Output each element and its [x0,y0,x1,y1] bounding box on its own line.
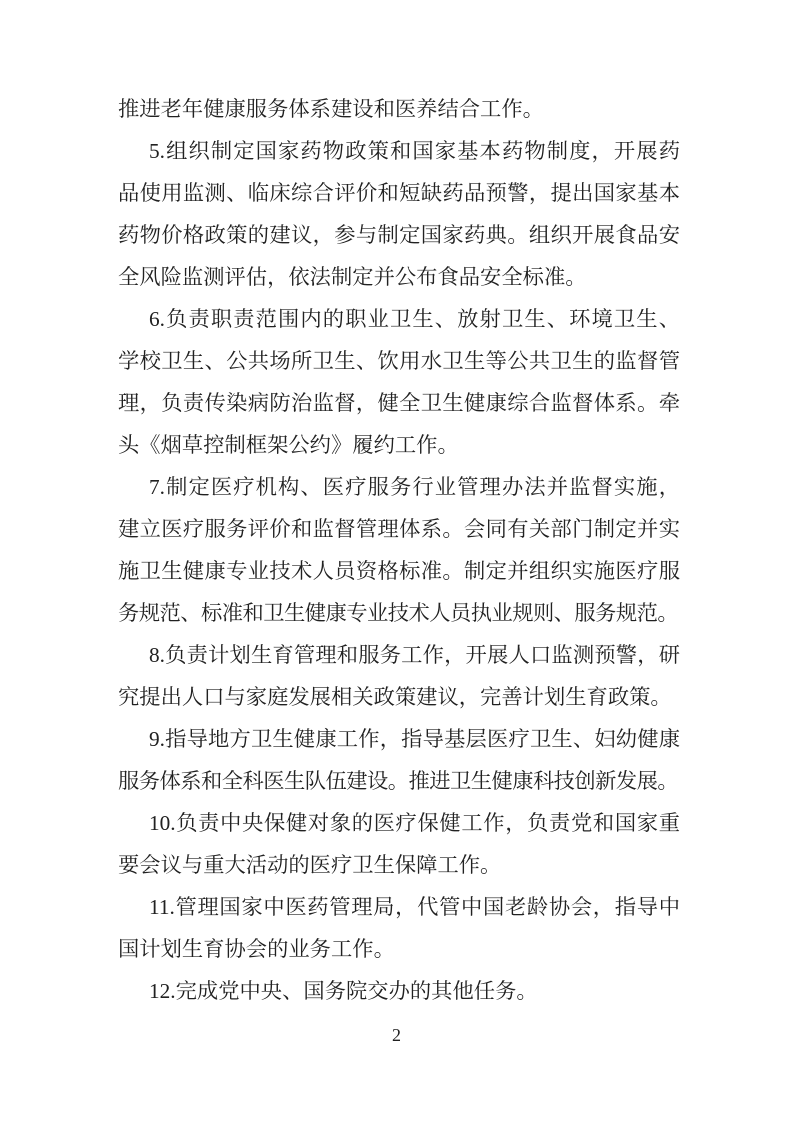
paragraph-item-8: 8.负责计划生育管理和服务工作，开展人口监测预警，研 究提出人口与家庭发展相关政… [118,634,680,718]
text-line: 12.完成党中央、国务院交办的其他任务。 [118,970,680,1012]
text-line: 5.组织制定国家药物政策和国家基本药物制度，开展药 [118,130,680,172]
text-line: 国计划生育协会的业务工作。 [118,928,680,970]
text-line: 务规范、标准和卫生健康专业技术人员执业规则、服务规范。 [118,592,680,634]
text-line: 8.负责计划生育管理和服务工作，开展人口监测预警，研 [118,634,680,676]
page-number: 2 [0,1022,793,1048]
paragraph-item-11: 11.管理国家中医药管理局，代管中国老龄协会，指导中 国计划生育协会的业务工作。 [118,886,680,970]
text-line: 9.指导地方卫生健康工作，指导基层医疗卫生、妇幼健康 [118,718,680,760]
paragraph-item-5: 5.组织制定国家药物政策和国家基本药物制度，开展药 品使用监测、临床综合评价和短… [118,130,680,298]
text-line: 建立医疗服务评价和监督管理体系。会同有关部门制定并实 [118,508,680,550]
paragraph-item-6: 6.负责职责范围内的职业卫生、放射卫生、环境卫生、 学校卫生、公共场所卫生、饮用… [118,298,680,466]
paragraph-item-12: 12.完成党中央、国务院交办的其他任务。 [118,970,680,1012]
text-line: 品使用监测、临床综合评价和短缺药品预警，提出国家基本 [118,172,680,214]
text-line: 11.管理国家中医药管理局，代管中国老龄协会，指导中 [118,886,680,928]
text-line: 全风险监测评估，依法制定并公布食品安全标准。 [118,256,680,298]
text-line: 学校卫生、公共场所卫生、饮用水卫生等公共卫生的监督管 [118,340,680,382]
paragraph-item-9: 9.指导地方卫生健康工作，指导基层医疗卫生、妇幼健康 服务体系和全科医生队伍建设… [118,718,680,802]
text-line: 究提出人口与家庭发展相关政策建议，完善计划生育政策。 [118,676,680,718]
paragraph-item-10: 10.负责中央保健对象的医疗保健工作，负责党和国家重 要会议与重大活动的医疗卫生… [118,802,680,886]
text-line: 10.负责中央保健对象的医疗保健工作，负责党和国家重 [118,802,680,844]
text-line: 6.负责职责范围内的职业卫生、放射卫生、环境卫生、 [118,298,680,340]
text-line: 推进老年健康服务体系建设和医养结合工作。 [118,88,680,130]
document-page: 推进老年健康服务体系建设和医养结合工作。 5.组织制定国家药物政策和国家基本药物… [0,0,793,1122]
paragraph-item-7: 7.制定医疗机构、医疗服务行业管理办法并监督实施， 建立医疗服务评价和监督管理体… [118,466,680,634]
text-line: 头《烟草控制框架公约》履约工作。 [118,424,680,466]
text-line: 理，负责传染病防治监督，健全卫生健康综合监督体系。牵 [118,382,680,424]
text-line: 施卫生健康专业技术人员资格标准。制定并组织实施医疗服 [118,550,680,592]
text-line: 药物价格政策的建议，参与制定国家药典。组织开展食品安 [118,214,680,256]
text-line: 要会议与重大活动的医疗卫生保障工作。 [118,844,680,886]
document-body-text: 推进老年健康服务体系建设和医养结合工作。 5.组织制定国家药物政策和国家基本药物… [118,88,680,1012]
text-line: 7.制定医疗机构、医疗服务行业管理办法并监督实施， [118,466,680,508]
paragraph-continuation: 推进老年健康服务体系建设和医养结合工作。 [118,88,680,130]
text-line: 服务体系和全科医生队伍建设。推进卫生健康科技创新发展。 [118,760,680,802]
